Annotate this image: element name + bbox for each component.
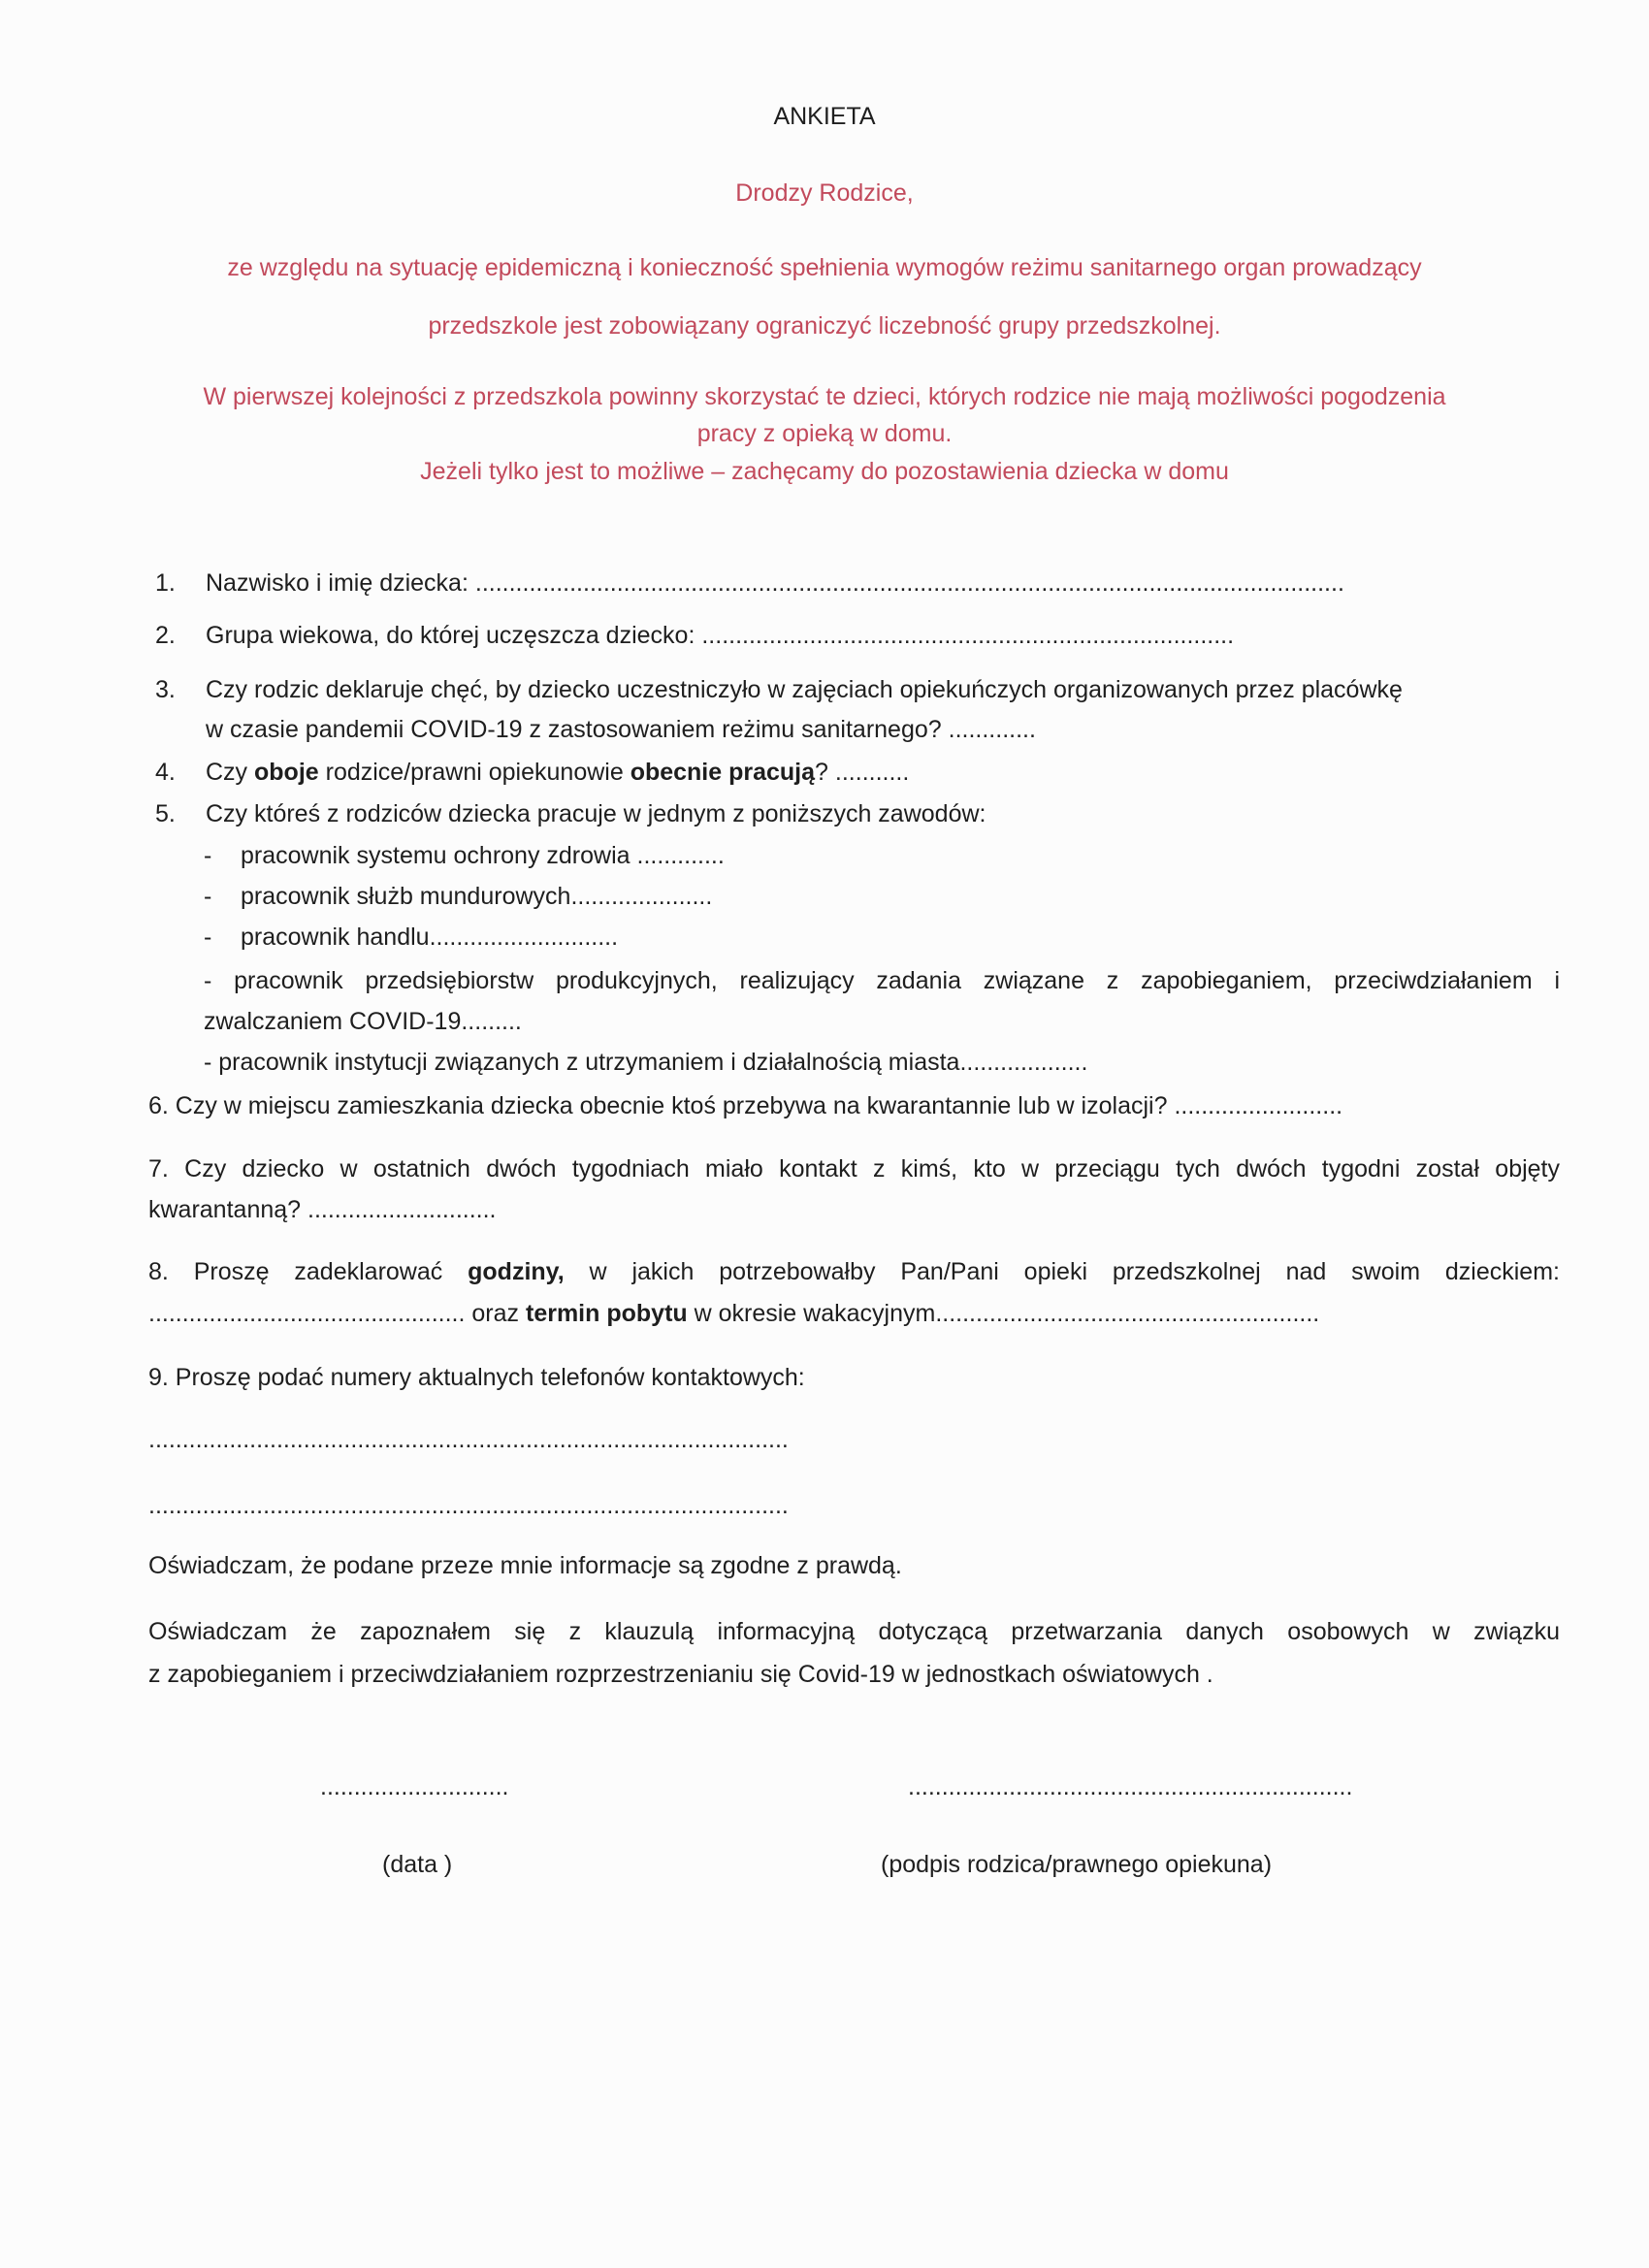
- question-text: Czy: [206, 759, 254, 786]
- contact-field[interactable]: ............................: [307, 1196, 496, 1223]
- question-1: 1.Nazwisko i imię dziecka: .............…: [155, 569, 1344, 598]
- question-3-cont: w czasie pandemii COVID-19 z zastosowani…: [206, 716, 1036, 744]
- summer-term-field[interactable]: ........................................…: [935, 1300, 1319, 1327]
- emphasis: obecnie pracują: [630, 759, 815, 786]
- question-text: rodzice/prawni opiekunowie: [319, 759, 630, 786]
- child-name-field[interactable]: ........................................…: [475, 569, 1344, 597]
- intro-line-1: ze względu na sytuację epidemiczną i kon…: [0, 254, 1649, 282]
- question-text: 6. Czy w miejscu zamieszkania dziecka ob…: [148, 1092, 1174, 1119]
- intro-line-5: Jeżeli tylko jest to możliwe – zachęcamy…: [0, 458, 1649, 486]
- option-text: - pracownik instytucji związanych z utrz…: [204, 1049, 959, 1076]
- city-institution-field[interactable]: ...................: [959, 1049, 1087, 1076]
- option-text: zwalczaniem COVID-19: [204, 1008, 461, 1035]
- emphasis: oboje: [254, 759, 319, 786]
- dash: -: [204, 842, 241, 870]
- question-text: 8. Proszę zadeklarować: [148, 1258, 468, 1285]
- question-text: Nazwisko i imię dziecka:: [206, 569, 469, 597]
- question-number: 3.: [155, 676, 206, 704]
- option-text: pracownik systemu ochrony zdrowia: [241, 842, 637, 869]
- phone-field-1[interactable]: ........................................…: [148, 1426, 789, 1454]
- dash: -: [204, 923, 241, 952]
- question-text: kwarantanną?: [148, 1196, 307, 1223]
- emphasis: godziny,: [468, 1258, 565, 1285]
- participation-field[interactable]: .............: [949, 716, 1036, 743]
- quarantine-field[interactable]: .........................: [1174, 1092, 1342, 1119]
- health-worker-field[interactable]: .............: [637, 842, 725, 869]
- trade-worker-field[interactable]: ............................: [430, 923, 618, 951]
- declaration-gdpr-cont: z zapobieganiem i przeciwdziałaniem rozp…: [148, 1661, 1213, 1689]
- question-text: w jakich potrzebowałby Pan/Pani opieki p…: [565, 1258, 1560, 1285]
- hours-field[interactable]: ........................................…: [148, 1300, 471, 1327]
- question-number: 5.: [155, 800, 206, 828]
- occupation-option-4-cont: zwalczaniem COVID-19.........: [204, 1008, 522, 1036]
- question-7-cont: kwarantanną? ...........................…: [148, 1196, 497, 1224]
- intro-greeting: Drodzy Rodzice,: [0, 179, 1649, 208]
- question-text: oraz: [471, 1300, 526, 1327]
- question-text: ?: [815, 759, 835, 786]
- date-label: (data ): [382, 1851, 452, 1879]
- question-6: 6. Czy w miejscu zamieszkania dziecka ob…: [148, 1092, 1342, 1120]
- option-text: pracownik handlu: [241, 923, 430, 951]
- dash: -: [204, 883, 241, 911]
- question-5: 5.Czy któreś z rodziców dziecka pracuje …: [155, 800, 986, 828]
- occupation-option-1: -pracownik systemu ochrony zdrowia .....…: [204, 842, 725, 870]
- question-text: Czy któreś z rodziców dziecka pracuje w …: [206, 800, 986, 827]
- question-8: 8. Proszę zadeklarować godziny, w jakich…: [148, 1258, 1560, 1286]
- intro-line-3: W pierwszej kolejności z przedszkola pow…: [0, 383, 1649, 411]
- question-text: w czasie pandemii COVID-19 z zastosowani…: [206, 716, 942, 743]
- occupation-option-4: - pracownik przedsiębiorstw produkcyjnyc…: [204, 967, 1560, 995]
- question-number: 1.: [155, 569, 206, 598]
- question-text: Czy rodzic deklaruje chęć, by dziecko uc…: [206, 676, 1403, 703]
- production-worker-field[interactable]: .........: [461, 1008, 522, 1035]
- emphasis: termin pobytu: [526, 1300, 688, 1327]
- question-4: 4.Czy oboje rodzice/prawni opiekunowie o…: [155, 759, 909, 787]
- declaration-gdpr: Oświadczam że zapoznałem się z klauzulą …: [148, 1618, 1560, 1646]
- signature-field[interactable]: ........................................…: [908, 1773, 1352, 1801]
- phone-field-2[interactable]: ........................................…: [148, 1492, 789, 1520]
- occupation-option-5: - pracownik instytucji związanych z utrz…: [204, 1049, 1087, 1077]
- question-7: 7. Czy dziecko w ostatnich dwóch tygodni…: [148, 1155, 1560, 1183]
- intro-line-4: pracy z opieką w domu.: [0, 420, 1649, 448]
- parents-working-field[interactable]: ...........: [835, 759, 909, 786]
- occupation-option-2: -pracownik służb mundurowych............…: [204, 883, 712, 911]
- age-group-field[interactable]: ........................................…: [701, 622, 1234, 649]
- declaration-truth: Oświadczam, że podane przeze mnie inform…: [148, 1552, 902, 1580]
- question-2: 2.Grupa wiekowa, do której uczęszcza dzi…: [155, 622, 1234, 650]
- date-field[interactable]: ............................: [320, 1773, 508, 1801]
- uniformed-services-field[interactable]: .....................: [570, 883, 712, 910]
- question-text: w okresie wakacyjnym: [688, 1300, 936, 1327]
- question-number: 4.: [155, 759, 206, 787]
- question-9: 9. Proszę podać numery aktualnych telefo…: [148, 1364, 805, 1392]
- survey-title: ANKIETA: [0, 103, 1649, 131]
- occupation-option-3: -pracownik handlu.......................…: [204, 923, 618, 952]
- option-text: pracownik służb mundurowych: [241, 883, 570, 910]
- question-text: Grupa wiekowa, do której uczęszcza dziec…: [206, 622, 695, 649]
- question-8-cont: ........................................…: [148, 1300, 1319, 1328]
- question-3: 3.Czy rodzic deklaruje chęć, by dziecko …: [155, 676, 1403, 704]
- question-number: 2.: [155, 622, 206, 650]
- signature-label: (podpis rodzica/prawnego opiekuna): [881, 1851, 1272, 1879]
- intro-line-2: przedszkole jest zobowiązany ograniczyć …: [0, 312, 1649, 340]
